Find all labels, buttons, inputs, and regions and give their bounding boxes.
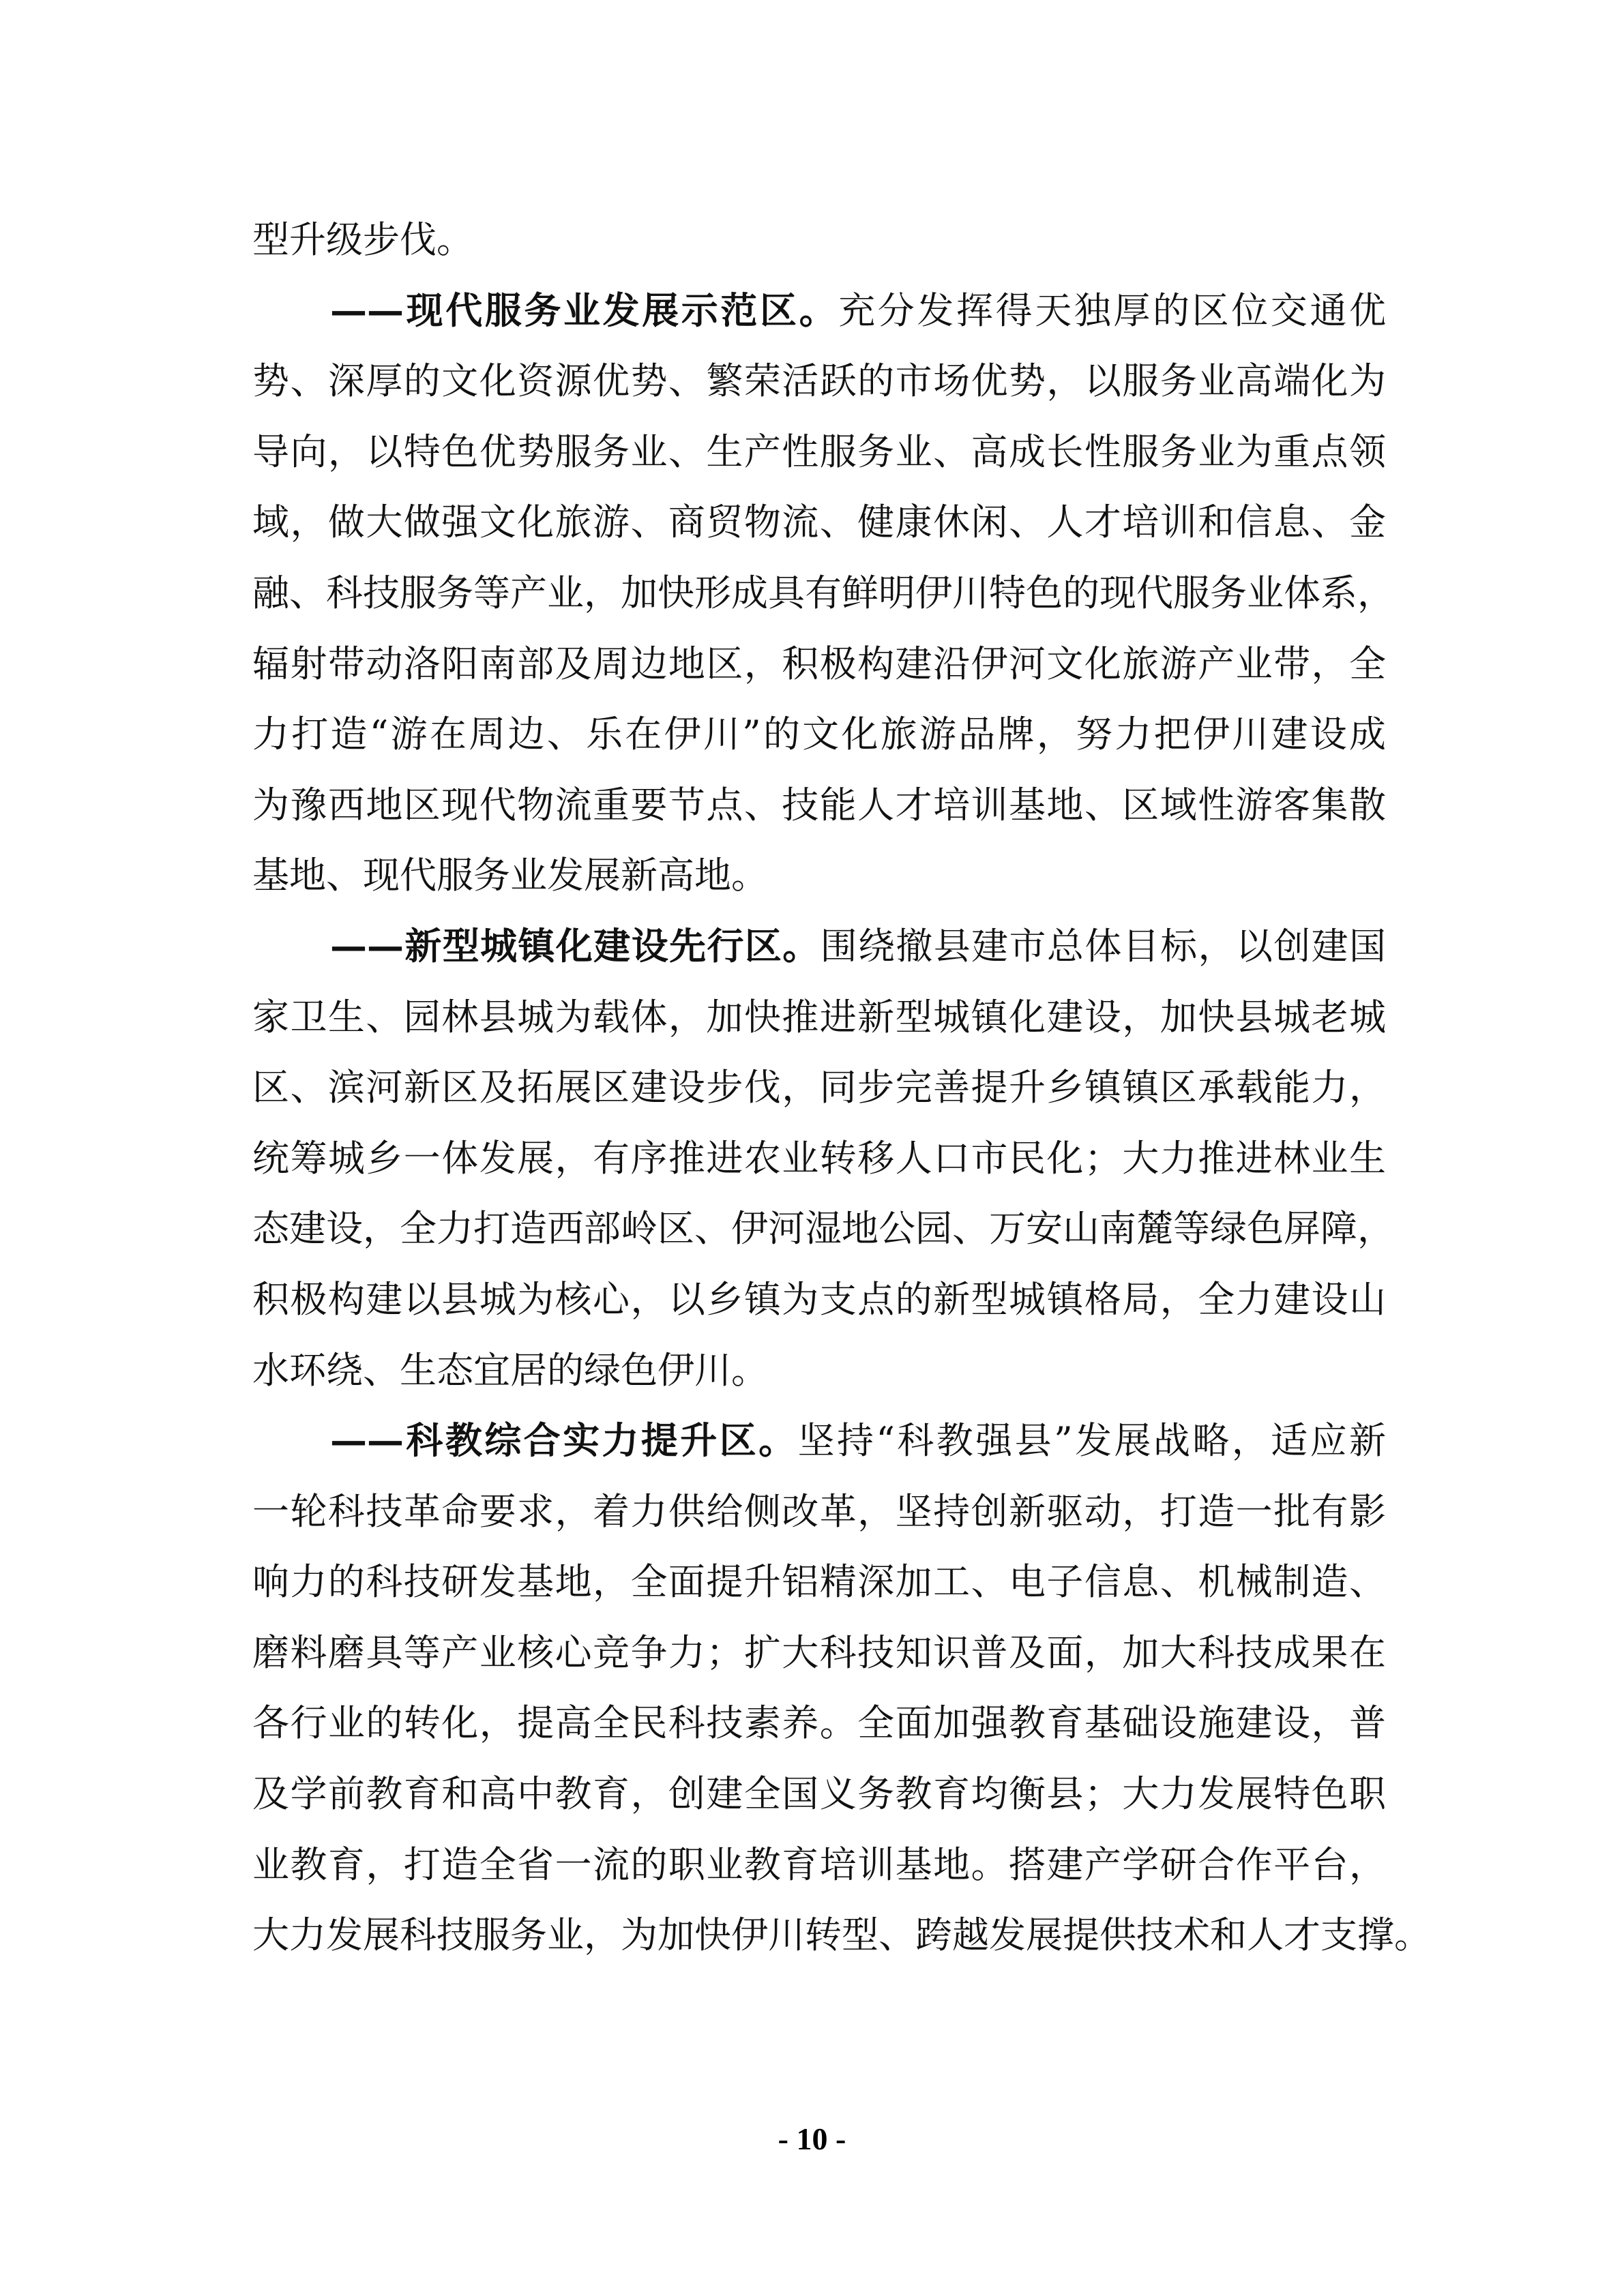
section-heading-science-education: ——科教综合实力提升区。 [330, 1418, 798, 1462]
paragraph-text: 坚持“科教强县”发展战略，适应新 [798, 1419, 1386, 1462]
paragraph-text: 围绕撤县建市总体目标，以创建国 [821, 925, 1386, 968]
paragraph-line: 融、科技服务等产业，加快形成具有鲜明伊川特色的现代服务业体系， [252, 558, 1386, 629]
paragraph-line: 响力的科技研发基地，全面提升铝精深加工、电子信息、机械制造、 [252, 1547, 1386, 1617]
section-heading-modern-services: ——现代服务业发展示范区。 [330, 288, 838, 332]
paragraph-science-education-line: ——科教综合实力提升区。坚持“科教强县”发展战略，适应新 [252, 1405, 1386, 1476]
document-page: 型升级步伐。 ——现代服务业发展示范区。充分发挥得天独厚的区位交通优 势、深厚的… [0, 0, 1624, 2296]
paragraph-continuation-line: 型升级步伐。 [252, 205, 1386, 275]
paragraph-line: 各行业的转化，提高全民科技素养。全面加强教育基础设施建设，普 [252, 1688, 1386, 1759]
paragraph-line: 区、滨河新区及拓展区建设步伐，同步完善提升乡镇镇区承载能力， [252, 1052, 1386, 1123]
paragraph-line: 势、深厚的文化资源优势、繁荣活跃的市场优势，以服务业高端化为 [252, 346, 1386, 417]
paragraph-line: 力打造“游在周边、乐在伊川”的文化旅游品牌，努力把伊川建设成 [252, 699, 1386, 770]
paragraph-line: 态建设，全力打造西部岭区、伊河湿地公园、万安山南麓等绿色屏障， [252, 1193, 1386, 1264]
section-heading-urbanization: ——新型城镇化建设先行区。 [330, 924, 821, 968]
page-number: - 10 - [0, 2121, 1624, 2157]
paragraph-line: 域，做大做强文化旅游、商贸物流、健康休闲、人才培训和信息、金 [252, 487, 1386, 558]
paragraph-modern-services-line: ——现代服务业发展示范区。充分发挥得天独厚的区位交通优 [252, 275, 1386, 346]
paragraph-line: 业教育，打造全省一流的职业教育培训基地。搭建产学研合作平台， [252, 1830, 1386, 1900]
body-text: 型升级步伐。 ——现代服务业发展示范区。充分发挥得天独厚的区位交通优 势、深厚的… [252, 205, 1386, 1971]
paragraph-urbanization-line: ——新型城镇化建设先行区。围绕撤县建市总体目标，以创建国 [252, 911, 1386, 982]
paragraph-line: 统筹城乡一体发展，有序推进农业转移人口市民化；大力推进林业生 [252, 1123, 1386, 1194]
paragraph-text: 充分发挥得天独厚的区位交通优 [838, 289, 1386, 332]
paragraph-line: 辐射带动洛阳南部及周边地区，积极构建沿伊河文化旅游产业带，全 [252, 629, 1386, 700]
paragraph-line: 水环绕、生态宜居的绿色伊川。 [252, 1335, 1386, 1406]
paragraph-line: 积极构建以县城为核心，以乡镇为支点的新型城镇格局，全力建设山 [252, 1264, 1386, 1335]
paragraph-line: 及学前教育和高中教育，创建全国义务教育均衡县；大力发展特色职 [252, 1759, 1386, 1830]
paragraph-line: 一轮科技革命要求，着力供给侧改革，坚持创新驱动，打造一批有影 [252, 1476, 1386, 1547]
paragraph-line: 为豫西地区现代物流重要节点、技能人才培训基地、区域性游客集散 [252, 770, 1386, 841]
paragraph-line: 大力发展科技服务业，为加快伊川转型、跨越发展提供技术和人才支撑。 [252, 1900, 1386, 1971]
paragraph-line: 基地、现代服务业发展新高地。 [252, 840, 1386, 911]
paragraph-line: 导向，以特色优势服务业、生产性服务业、高成长性服务业为重点领 [252, 417, 1386, 488]
paragraph-line: 家卫生、园林县城为载体，加快推进新型城镇化建设，加快县城老城 [252, 982, 1386, 1053]
paragraph-line: 磨料磨具等产业核心竞争力；扩大科技知识普及面，加大科技成果在 [252, 1617, 1386, 1688]
